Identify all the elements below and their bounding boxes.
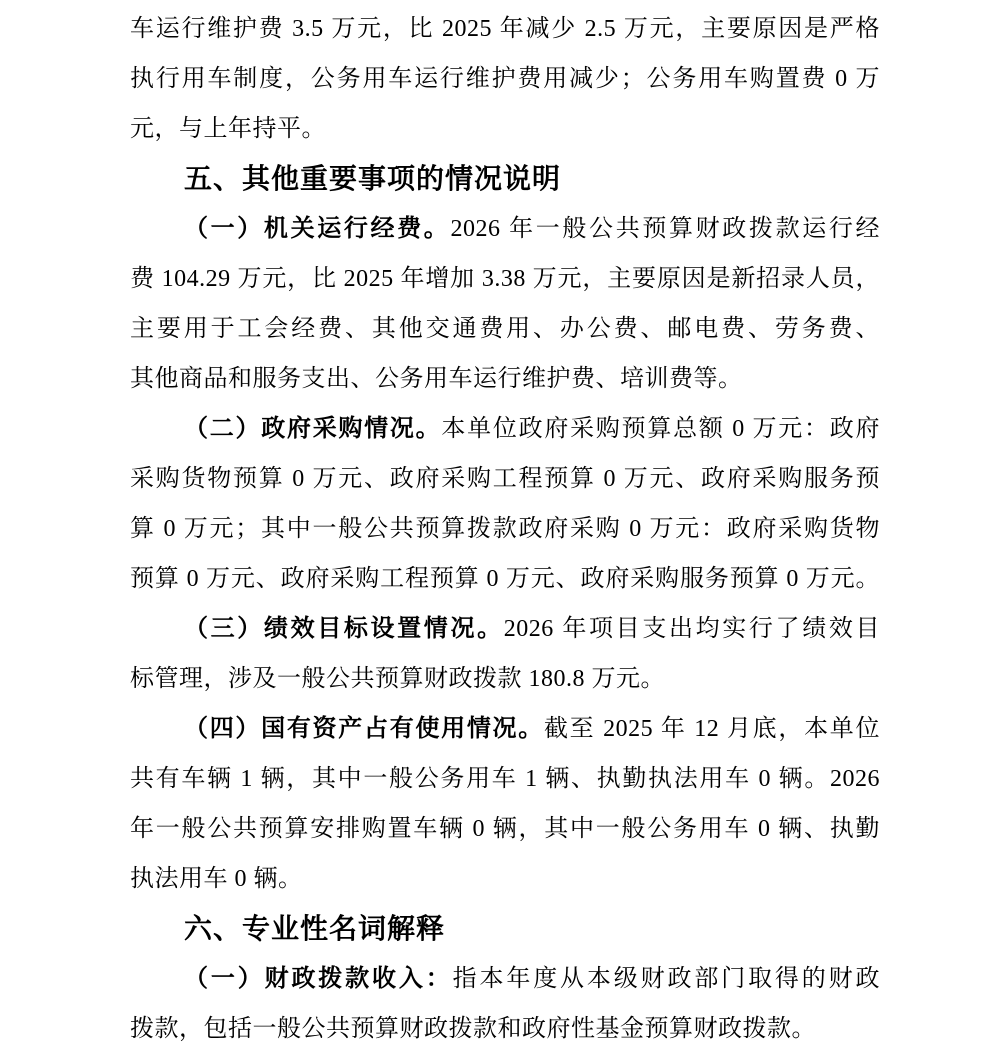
paragraph-text: 截至 2025 年 12 月底，本单位 bbox=[544, 716, 880, 742]
text-line: 拨款，包括一般公共预算财政拨款和政府性基金预算财政拨款。 bbox=[130, 1004, 880, 1053]
section-heading-five: 五、其他重要事项的情况说明 bbox=[130, 154, 880, 204]
text-line: 元，与上年持平。 bbox=[130, 104, 880, 154]
paragraph-text: 本单位政府采购预算总额 0 万元：政府 bbox=[441, 416, 880, 442]
text-line: 其他商品和服务支出、公务用车运行维护费、培训费等。 bbox=[130, 354, 880, 404]
text-line: 费 104.29 万元，比 2025 年增加 3.38 万元，主要原因是新招录人… bbox=[130, 254, 880, 304]
text-line: 共有车辆 1 辆，其中一般公务用车 1 辆、执勤执法用车 0 辆。2026 bbox=[130, 754, 880, 804]
text-line: 采购货物预算 0 万元、政府采购工程预算 0 万元、政府采购服务预 bbox=[130, 454, 880, 504]
paragraph-text: 2026 年项目支出均实行了绩效目 bbox=[504, 616, 880, 642]
text-line: 标管理，涉及一般公共预算财政拨款 180.8 万元。 bbox=[130, 654, 880, 704]
paragraph-state-owned-assets: （四）国有资产占有使用情况。截至 2025 年 12 月底，本单位 bbox=[130, 704, 880, 754]
paragraph-lead: （一）财政拨款收入： bbox=[184, 966, 453, 992]
text-line: 预算 0 万元、政府采购工程预算 0 万元、政府采购服务预算 0 万元。 bbox=[130, 554, 880, 604]
paragraph-lead: （四）国有资产占有使用情况。 bbox=[184, 716, 544, 742]
text-line: 主要用于工会经费、其他交通费用、办公费、邮电费、劳务费、 bbox=[130, 304, 880, 354]
text-line: 算 0 万元；其中一般公共预算拨款政府采购 0 万元：政府采购货物 bbox=[130, 504, 880, 554]
text-line: 年一般公共预算安排购置车辆 0 辆，其中一般公务用车 0 辆、执勤 bbox=[130, 804, 880, 854]
paragraph-text: 2026 年一般公共预算财政拨款运行经 bbox=[450, 216, 880, 242]
text-line: 执法用车 0 辆。 bbox=[130, 854, 880, 904]
paragraph-text: 指本年度从本级财政部门取得的财政 bbox=[453, 966, 880, 992]
section-heading-six: 六、专业性名词解释 bbox=[130, 904, 880, 954]
text-line: 车运行维护费 3.5 万元，比 2025 年减少 2.5 万元，主要原因是严格 bbox=[130, 4, 880, 54]
paragraph-lead: （一）机关运行经费。 bbox=[184, 216, 450, 242]
paragraph-government-procurement: （二）政府采购情况。本单位政府采购预算总额 0 万元：政府 bbox=[130, 404, 880, 454]
paragraph-performance-targets: （三）绩效目标设置情况。2026 年项目支出均实行了绩效目 bbox=[130, 604, 880, 654]
document-page: 车运行维护费 3.5 万元，比 2025 年减少 2.5 万元，主要原因是严格 … bbox=[0, 0, 1000, 1053]
paragraph-agency-operating-expenses: （一）机关运行经费。2026 年一般公共预算财政拨款运行经 bbox=[130, 204, 880, 254]
text-line: 执行用车制度，公务用车运行维护费用减少；公务用车购置费 0 万 bbox=[130, 54, 880, 104]
paragraph-lead: （三）绩效目标设置情况。 bbox=[184, 616, 504, 642]
paragraph-term-fiscal-appropriation: （一）财政拨款收入：指本年度从本级财政部门取得的财政 bbox=[130, 954, 880, 1004]
paragraph-lead: （二）政府采购情况。 bbox=[184, 416, 441, 442]
